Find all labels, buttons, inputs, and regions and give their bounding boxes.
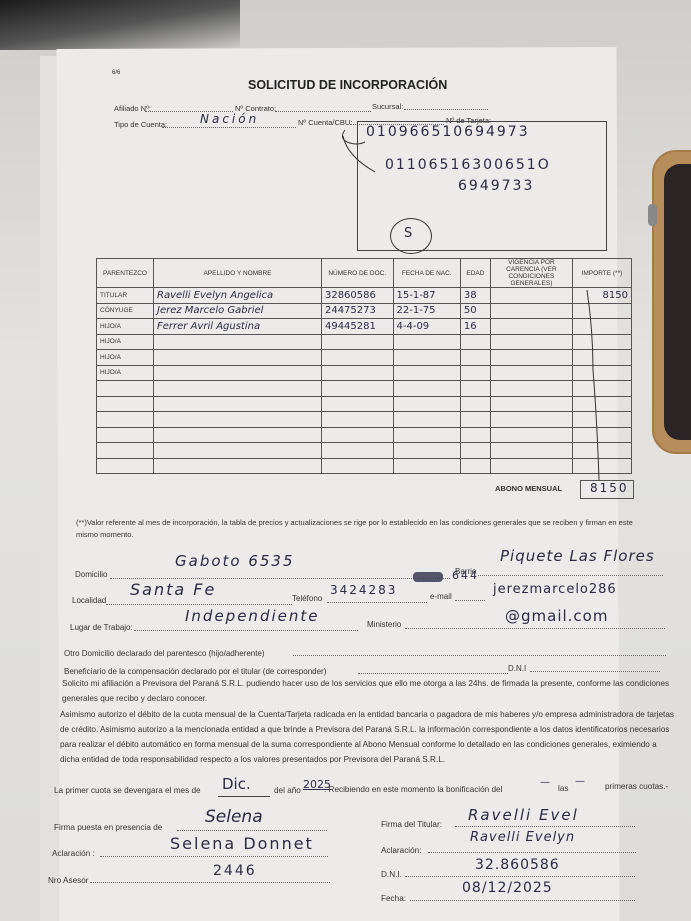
cell-fecha-nac[interactable]: 22-1-75 bbox=[393, 303, 460, 319]
cell-vigencia[interactable] bbox=[490, 303, 572, 319]
cell-numero-doc[interactable] bbox=[321, 381, 393, 397]
cell-fecha-nac[interactable] bbox=[393, 365, 460, 381]
beneficiario-label: Beneficiario de la compensación declarad… bbox=[64, 667, 326, 676]
cell-numero-doc[interactable] bbox=[321, 427, 393, 443]
cell-edad[interactable]: 16 bbox=[460, 319, 490, 335]
fecha-label: Fecha: bbox=[381, 894, 406, 903]
aclaracion-right-value: Ravelli Evelyn bbox=[470, 830, 575, 845]
cell-edad[interactable]: 38 bbox=[460, 288, 490, 304]
cell-numero-doc[interactable] bbox=[321, 334, 393, 350]
sucursal-label: Sucursal: bbox=[372, 102, 403, 111]
cuota-pre: La primer cuota se devengara el mes de bbox=[54, 786, 201, 795]
cell-vigencia[interactable] bbox=[490, 458, 572, 474]
table-row: TITULARRavelli Evelyn Angelica3286058615… bbox=[97, 288, 632, 304]
cell-numero-doc[interactable] bbox=[321, 412, 393, 428]
cell-numero-doc[interactable] bbox=[321, 365, 393, 381]
cell-fecha-nac[interactable]: 4-4-09 bbox=[393, 319, 460, 335]
presencia-label: Firma puesta en presencia de bbox=[54, 823, 162, 832]
telefono-value: 3424283 bbox=[330, 583, 397, 597]
table-row: CÓNYUGEJerez Marcelo Gabriel2447527322-1… bbox=[97, 303, 632, 319]
cell-apellido-nombre[interactable]: Ferrer Avril Agustina bbox=[154, 319, 322, 335]
cell-fecha-nac[interactable] bbox=[393, 350, 460, 366]
cell-edad[interactable] bbox=[460, 396, 490, 412]
cell-edad[interactable] bbox=[460, 427, 490, 443]
aclaracion-left-label: Aclaración : bbox=[52, 849, 95, 858]
otro-domicilio-field[interactable] bbox=[293, 655, 666, 656]
email-field[interactable] bbox=[455, 600, 485, 601]
cell-apellido-nombre[interactable] bbox=[154, 396, 322, 412]
phone-edge bbox=[652, 150, 691, 454]
asesor-value: 2446 bbox=[213, 863, 257, 879]
fecha-value: 08/12/2025 bbox=[462, 880, 553, 896]
fecha-field[interactable] bbox=[410, 900, 635, 901]
cell-edad[interactable] bbox=[460, 443, 490, 459]
cuota-mes-field[interactable] bbox=[218, 796, 270, 797]
cell-fecha-nac[interactable] bbox=[393, 381, 460, 397]
cuota-post3: primeras cuotas.- bbox=[605, 782, 668, 791]
page-marker: 6/6 bbox=[112, 70, 120, 76]
cell-vigencia[interactable] bbox=[490, 288, 572, 304]
cuota-post1: . Recibiendo en este momento la bonifica… bbox=[324, 785, 502, 794]
cuota-post2: las bbox=[558, 784, 568, 793]
cell-fecha-nac[interactable] bbox=[393, 396, 460, 412]
barrio-field[interactable] bbox=[478, 575, 663, 576]
col-apellido-nombre: APELLIDO Y NOMBRE bbox=[154, 259, 322, 288]
aclaracion-left-field[interactable] bbox=[100, 856, 328, 857]
cell-apellido-nombre[interactable] bbox=[154, 365, 322, 381]
cuenta-cbu-label: Nº Cuenta/CBU: bbox=[298, 118, 352, 127]
cell-numero-doc[interactable] bbox=[321, 396, 393, 412]
cell-parentezco[interactable] bbox=[97, 427, 154, 443]
cell-vigencia[interactable] bbox=[490, 319, 572, 335]
cell-parentezco[interactable] bbox=[97, 381, 154, 397]
cell-apellido-nombre[interactable] bbox=[154, 334, 322, 350]
footnote: (**)Valor referente al mes de incorporac… bbox=[76, 517, 646, 541]
col-numero-doc: NÚMERO DE DOC. bbox=[321, 259, 393, 288]
table-row: HIJO/A bbox=[97, 365, 632, 381]
cell-parentezco[interactable]: HIJO/A bbox=[97, 319, 154, 335]
cell-parentezco[interactable] bbox=[97, 412, 154, 428]
cell-vigencia[interactable] bbox=[490, 381, 572, 397]
circled-letter: S bbox=[404, 226, 412, 241]
cell-numero-doc[interactable] bbox=[321, 443, 393, 459]
table-row bbox=[97, 427, 632, 443]
firma-titular-field[interactable] bbox=[455, 826, 635, 827]
aclaracion-right-field[interactable] bbox=[428, 852, 636, 853]
trabajo-value: Independiente bbox=[185, 607, 319, 625]
dark-object-shadow bbox=[0, 0, 240, 50]
domicilio-field[interactable] bbox=[110, 578, 450, 579]
sucursal-field[interactable] bbox=[404, 109, 488, 110]
domicilio-value: Gaboto 6535 bbox=[175, 552, 295, 570]
cell-parentezco[interactable]: TITULAR bbox=[97, 288, 154, 304]
tipo-cuenta-label: Tipo de Cuenta: bbox=[114, 120, 167, 129]
email-value-2: @gmail.com bbox=[505, 607, 608, 625]
cell-fecha-nac[interactable] bbox=[393, 458, 460, 474]
cell-fecha-nac[interactable] bbox=[393, 443, 460, 459]
table-row bbox=[97, 412, 632, 428]
cuota-mid: del año bbox=[274, 786, 301, 795]
telefono-label: Teléfono bbox=[292, 594, 322, 603]
cell-vigencia[interactable] bbox=[490, 427, 572, 443]
cell-fecha-nac[interactable] bbox=[393, 412, 460, 428]
bonif-1-value: — bbox=[540, 777, 550, 788]
abono-label: ABONO MENSUAL bbox=[495, 484, 562, 493]
members-table: PARENTEZCO APELLIDO Y NOMBRE NÚMERO DE D… bbox=[96, 258, 632, 474]
cell-apellido-nombre[interactable] bbox=[154, 458, 322, 474]
cell-numero-doc[interactable]: 32860586 bbox=[321, 288, 393, 304]
presencia-signature: Selena bbox=[205, 807, 263, 827]
localidad-field[interactable] bbox=[106, 604, 292, 605]
col-importe: IMPORTE (**) bbox=[572, 259, 631, 288]
cell-vigencia[interactable] bbox=[490, 396, 572, 412]
cell-edad[interactable] bbox=[460, 350, 490, 366]
table-row bbox=[97, 381, 632, 397]
cell-numero-doc[interactable]: 24475273 bbox=[321, 303, 393, 319]
cell-parentezco[interactable] bbox=[97, 458, 154, 474]
col-parentezco: PARENTEZCO bbox=[97, 259, 154, 288]
table-row: HIJO/AFerrer Avril Agustina494452814-4-0… bbox=[97, 319, 632, 335]
otro-domicilio-label: Otro Domicilio declarado del parentesco … bbox=[64, 649, 265, 658]
scribble-mark bbox=[413, 572, 443, 582]
aclaracion-right-label: Aclaración: bbox=[381, 846, 422, 855]
cell-vigencia[interactable] bbox=[490, 334, 572, 350]
email-value-1: jerezmarcelo286 bbox=[493, 582, 617, 597]
cell-numero-doc[interactable]: 49445281 bbox=[321, 319, 393, 335]
cell-parentezco[interactable]: HIJO/A bbox=[97, 365, 154, 381]
telefono-field[interactable] bbox=[327, 602, 427, 603]
beneficiario-field[interactable] bbox=[358, 673, 508, 674]
asesor-field[interactable] bbox=[90, 882, 330, 883]
cell-edad[interactable]: 50 bbox=[460, 303, 490, 319]
beneficiario-dni-field[interactable] bbox=[530, 671, 660, 672]
account-line-1: 010966510694973 bbox=[366, 124, 530, 140]
legal-paragraph-1: Solicito mi afiliación a Previsora del P… bbox=[62, 676, 674, 706]
cell-parentezco[interactable]: CÓNYUGE bbox=[97, 303, 154, 319]
cell-parentezco[interactable]: HIJO/A bbox=[97, 334, 154, 350]
cell-numero-doc[interactable] bbox=[321, 350, 393, 366]
cell-edad[interactable] bbox=[460, 334, 490, 350]
cell-parentezco[interactable]: HIJO/A bbox=[97, 350, 154, 366]
cell-vigencia[interactable] bbox=[490, 350, 572, 366]
cell-apellido-nombre[interactable] bbox=[154, 427, 322, 443]
presencia-field[interactable] bbox=[177, 830, 327, 831]
legal-paragraph-2: Asimismo autorizo el débito de la cuota … bbox=[60, 707, 678, 767]
cell-parentezco[interactable] bbox=[97, 396, 154, 412]
table-row: HIJO/A bbox=[97, 350, 632, 366]
cell-fecha-nac[interactable]: 15-1-87 bbox=[393, 288, 460, 304]
cell-apellido-nombre[interactable] bbox=[154, 381, 322, 397]
trabajo-label: Lugar de Trabajo: bbox=[70, 623, 133, 632]
cell-vigencia[interactable] bbox=[490, 443, 572, 459]
cell-edad[interactable] bbox=[460, 381, 490, 397]
page-title: SOLICITUD DE INCORPORACIÓN bbox=[248, 78, 447, 92]
cell-vigencia[interactable] bbox=[490, 412, 572, 428]
beneficiario-dni-label: D.N.I bbox=[508, 664, 526, 673]
cell-edad[interactable] bbox=[460, 458, 490, 474]
cell-apellido-nombre[interactable]: Ravelli Evelyn Angelica bbox=[154, 288, 322, 304]
account-line-2: 01106516300651О bbox=[385, 157, 551, 173]
aclaracion-left-value: Selena Donnet bbox=[170, 834, 314, 853]
contrato-field[interactable] bbox=[275, 111, 371, 112]
localidad-value: Santa Fe bbox=[130, 580, 216, 599]
cell-fecha-nac[interactable] bbox=[393, 427, 460, 443]
tipo-cuenta-field[interactable] bbox=[162, 127, 296, 128]
dni-label: D.N.I. bbox=[381, 870, 402, 879]
cell-vigencia[interactable] bbox=[490, 365, 572, 381]
asesor-label: Nro Asesor bbox=[48, 876, 89, 885]
cell-numero-doc[interactable] bbox=[321, 458, 393, 474]
dni-field[interactable] bbox=[405, 876, 635, 877]
barrio-value: Piquete Las Flores bbox=[500, 547, 655, 565]
col-fecha-nac: FECHA DE NAC. bbox=[393, 259, 460, 288]
col-vigencia: VIGENCIA POR CARENCIA (VER CONDICIONES G… bbox=[490, 259, 572, 288]
domicilio-label: Domicilio bbox=[75, 570, 107, 579]
table-header-row: PARENTEZCO APELLIDO Y NOMBRE NÚMERO DE D… bbox=[97, 259, 632, 288]
camera-icon bbox=[648, 204, 657, 226]
ministerio-label: Ministerio bbox=[367, 620, 401, 629]
table-row bbox=[97, 443, 632, 459]
email-label: e-mail bbox=[430, 592, 452, 601]
cell-apellido-nombre[interactable]: Jerez Marcelo Gabriel bbox=[154, 303, 322, 319]
table-row bbox=[97, 396, 632, 412]
ministerio-field[interactable] bbox=[405, 628, 665, 629]
bonif-2-value: — bbox=[575, 776, 585, 787]
cuota-mes-value: Dic. bbox=[222, 775, 251, 793]
cell-apellido-nombre[interactable] bbox=[154, 412, 322, 428]
cell-apellido-nombre[interactable] bbox=[154, 443, 322, 459]
dni-value: 32.860586 bbox=[475, 857, 560, 873]
table-row bbox=[97, 458, 632, 474]
trabajo-field[interactable] bbox=[134, 630, 358, 631]
table-row: HIJO/A bbox=[97, 334, 632, 350]
cell-parentezco[interactable] bbox=[97, 443, 154, 459]
cell-edad[interactable] bbox=[460, 365, 490, 381]
firma-titular-label: Firma del Titular: bbox=[381, 820, 442, 829]
telefono-extra: 644 bbox=[452, 569, 479, 582]
localidad-label: Localidad bbox=[72, 596, 106, 605]
account-line-3: 6949733 bbox=[458, 178, 534, 194]
cell-edad[interactable] bbox=[460, 412, 490, 428]
continuation-line bbox=[585, 290, 605, 490]
tipo-cuenta-value: Nación bbox=[200, 112, 259, 126]
cell-apellido-nombre[interactable] bbox=[154, 350, 322, 366]
cell-fecha-nac[interactable] bbox=[393, 334, 460, 350]
col-edad: EDAD bbox=[460, 259, 490, 288]
firma-titular-signature: Ravelli Evel bbox=[468, 806, 579, 824]
